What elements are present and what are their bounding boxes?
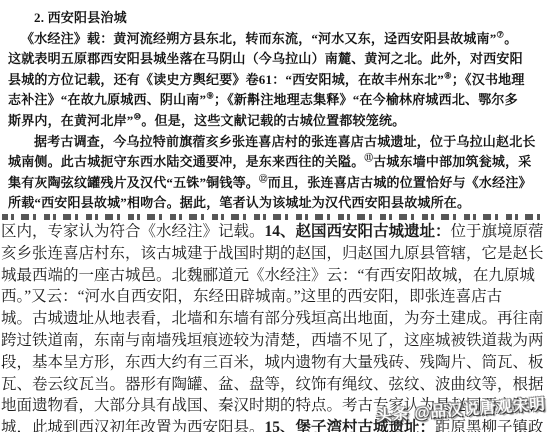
text-line: 所载“西安阳县故城”相吻合。据此，笔者认为该城址为汉代西安阳县故城所在。 — [8, 193, 543, 214]
text-line: 跨过铁道南，东南与南墙残垣痕迹较为清楚，西墙不见了，这座城被铁道裁为两 — [1, 330, 547, 352]
text-line: 斯界内，在黄河北岸”⑩。但是，这些文献记载的古城位置都较笼统。 — [8, 111, 543, 132]
text-line: 城南侧。此古城扼守东西水陆交通要冲，是东来西往的关隘。⑪古城东墙中部加筑瓮城，采 — [8, 152, 543, 173]
entry-14-title: 14、赵国西安阳古城遗址： — [265, 223, 451, 240]
entry-15-post: 距原黑柳子镇政 — [435, 419, 544, 432]
document-page: 2. 西安阳县治城 《水经注》载：黄河流经朔方县东北，转而东流，“河水又东，迳西… — [0, 0, 547, 432]
entry-15-pre: 城，此城到西汉初年改置为西安阳县。 — [1, 419, 265, 432]
section-xianyang-county-seat: 2. 西安阳县治城 《水经注》载：黄河流经朔方县东北，转而东流，“河水又东，迳西… — [8, 8, 543, 214]
clipped-text-line — [2, 214, 545, 220]
text-line: 《水经注》载：黄河流经朔方县东北，转而东流，“河水又东，迳西安阳县故城南”⑦。 — [8, 29, 543, 50]
text-line-entry-14: 区内，专家认为符合《水经注》记载。14、赵国西安阳古城遗址：位于旗境原蓿 — [1, 221, 547, 243]
section-heading: 2. 西安阳县治城 — [8, 8, 543, 29]
text-line: 县城的方位记载，还有《读史方舆纪要》卷61：“西安阳城，在故丰州东北”⑧；《汉书… — [8, 70, 543, 91]
text-line: 西。”又云：“河水自西安阳，东经田辟城南。”这里的西安阳，即张连喜店古 — [1, 286, 547, 308]
text-line: 瓦、卷云纹瓦当。器形有陶罐、盆、盘等，纹饰有绳纹、弦纹、波曲纹等，根据 — [1, 374, 547, 396]
text-line: 志补注》“在故九原城西、阴山南”⑨；《新斠注地理志集释》“在今榆林府城西北、鄂尔… — [8, 90, 543, 111]
entry-14-pre: 区内，专家认为符合《水经注》记载。 — [1, 223, 265, 240]
text-line: 城。古城遗址从地表看，北墙和东墙有部分残垣高出地面，为夯土建成。再往南 — [1, 308, 547, 330]
text-line: 亥乡张连喜店村东，该古城建于战国时期的赵国，归赵国九原县管辖，它是赵长 — [1, 243, 547, 265]
text-line: 这就表明五原郡西安阳县城坐落在马阴山（今乌拉山）南麓、黄河之北。此外，对西安阳 — [8, 49, 543, 70]
entry-14-post: 位于旗境原蓿 — [451, 223, 544, 240]
text-line: 城最西端的一座古城邑。北魏郦道元《水经注》云：“有西安阳故城，在九原城 — [1, 265, 547, 287]
text-line: 集有灰陶弦纹罐残片及汉代“五铢”铜钱等。⑫而且，张连喜店古城的位置恰好与《水经注… — [8, 173, 543, 194]
text-line: 段，基本呈方形，东西大约有三百米，城内遗物有大量残砖、残陶片、筒瓦、板 — [1, 352, 547, 374]
text-line: 据考古调查，今乌拉特前旗蓿亥乡张连喜店村的张连喜店古城遗址，位于乌拉山赵北长 — [8, 132, 543, 153]
